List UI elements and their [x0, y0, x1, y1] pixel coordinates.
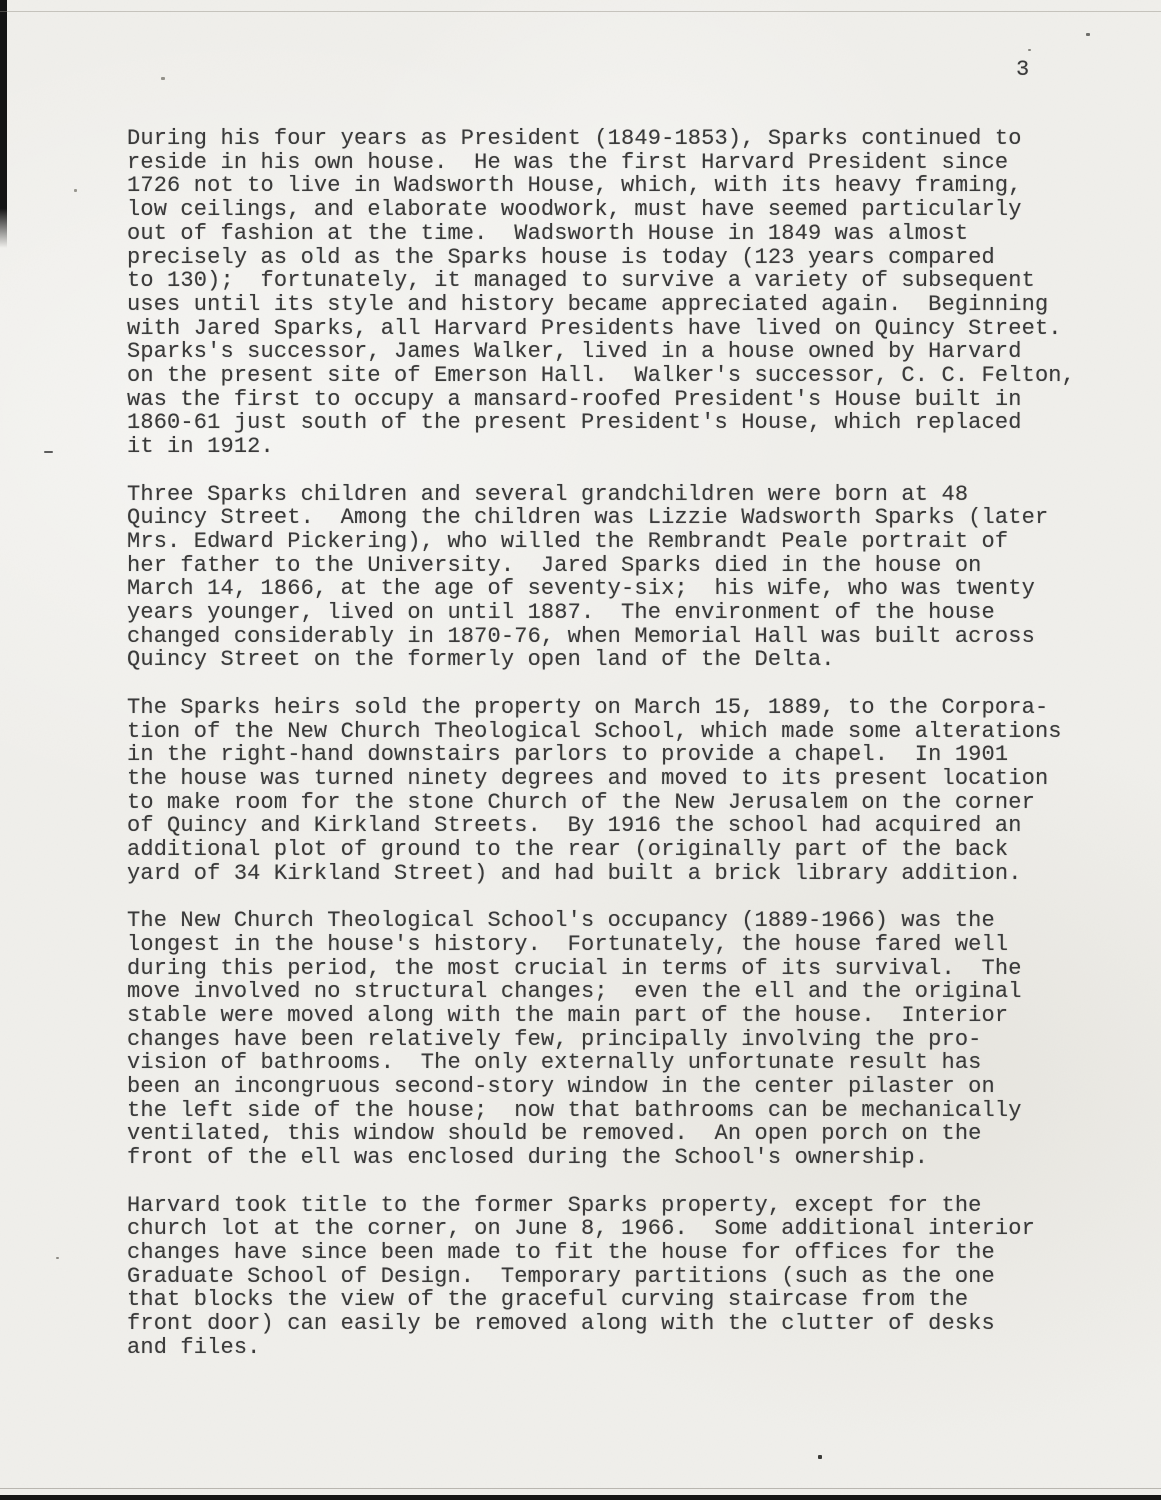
ink-speck: [74, 189, 77, 192]
ink-speck: [56, 1257, 59, 1259]
ink-speck: [818, 1455, 822, 1459]
page-number: 3: [1016, 58, 1029, 82]
scan-top-line-artifact: [0, 11, 1161, 12]
paragraph-harvard-took-title: Harvard took title to the former Sparks …: [127, 1194, 1127, 1360]
ink-speck: [1028, 49, 1031, 51]
paragraph-president-years: During his four years as President (1849…: [127, 127, 1127, 459]
scanned-page: 3 During his four years as President (18…: [0, 0, 1161, 1500]
ink-speck: [1086, 33, 1090, 36]
ink-speck: [161, 77, 165, 80]
paragraph-heirs-sold-property: The Sparks heirs sold the property on Ma…: [127, 696, 1127, 886]
ink-speck: [44, 451, 53, 453]
paragraph-sparks-children: Three Sparks children and several grandc…: [127, 483, 1127, 673]
scan-bottom-edge-artifact: [0, 1495, 1161, 1500]
document-body: During his four years as President (1849…: [127, 127, 1127, 1383]
scan-bottom-line-artifact: [0, 1488, 1161, 1489]
scan-left-edge-artifact: [0, 0, 7, 248]
paragraph-theological-school-occupancy: The New Church Theological School's occu…: [127, 909, 1127, 1170]
